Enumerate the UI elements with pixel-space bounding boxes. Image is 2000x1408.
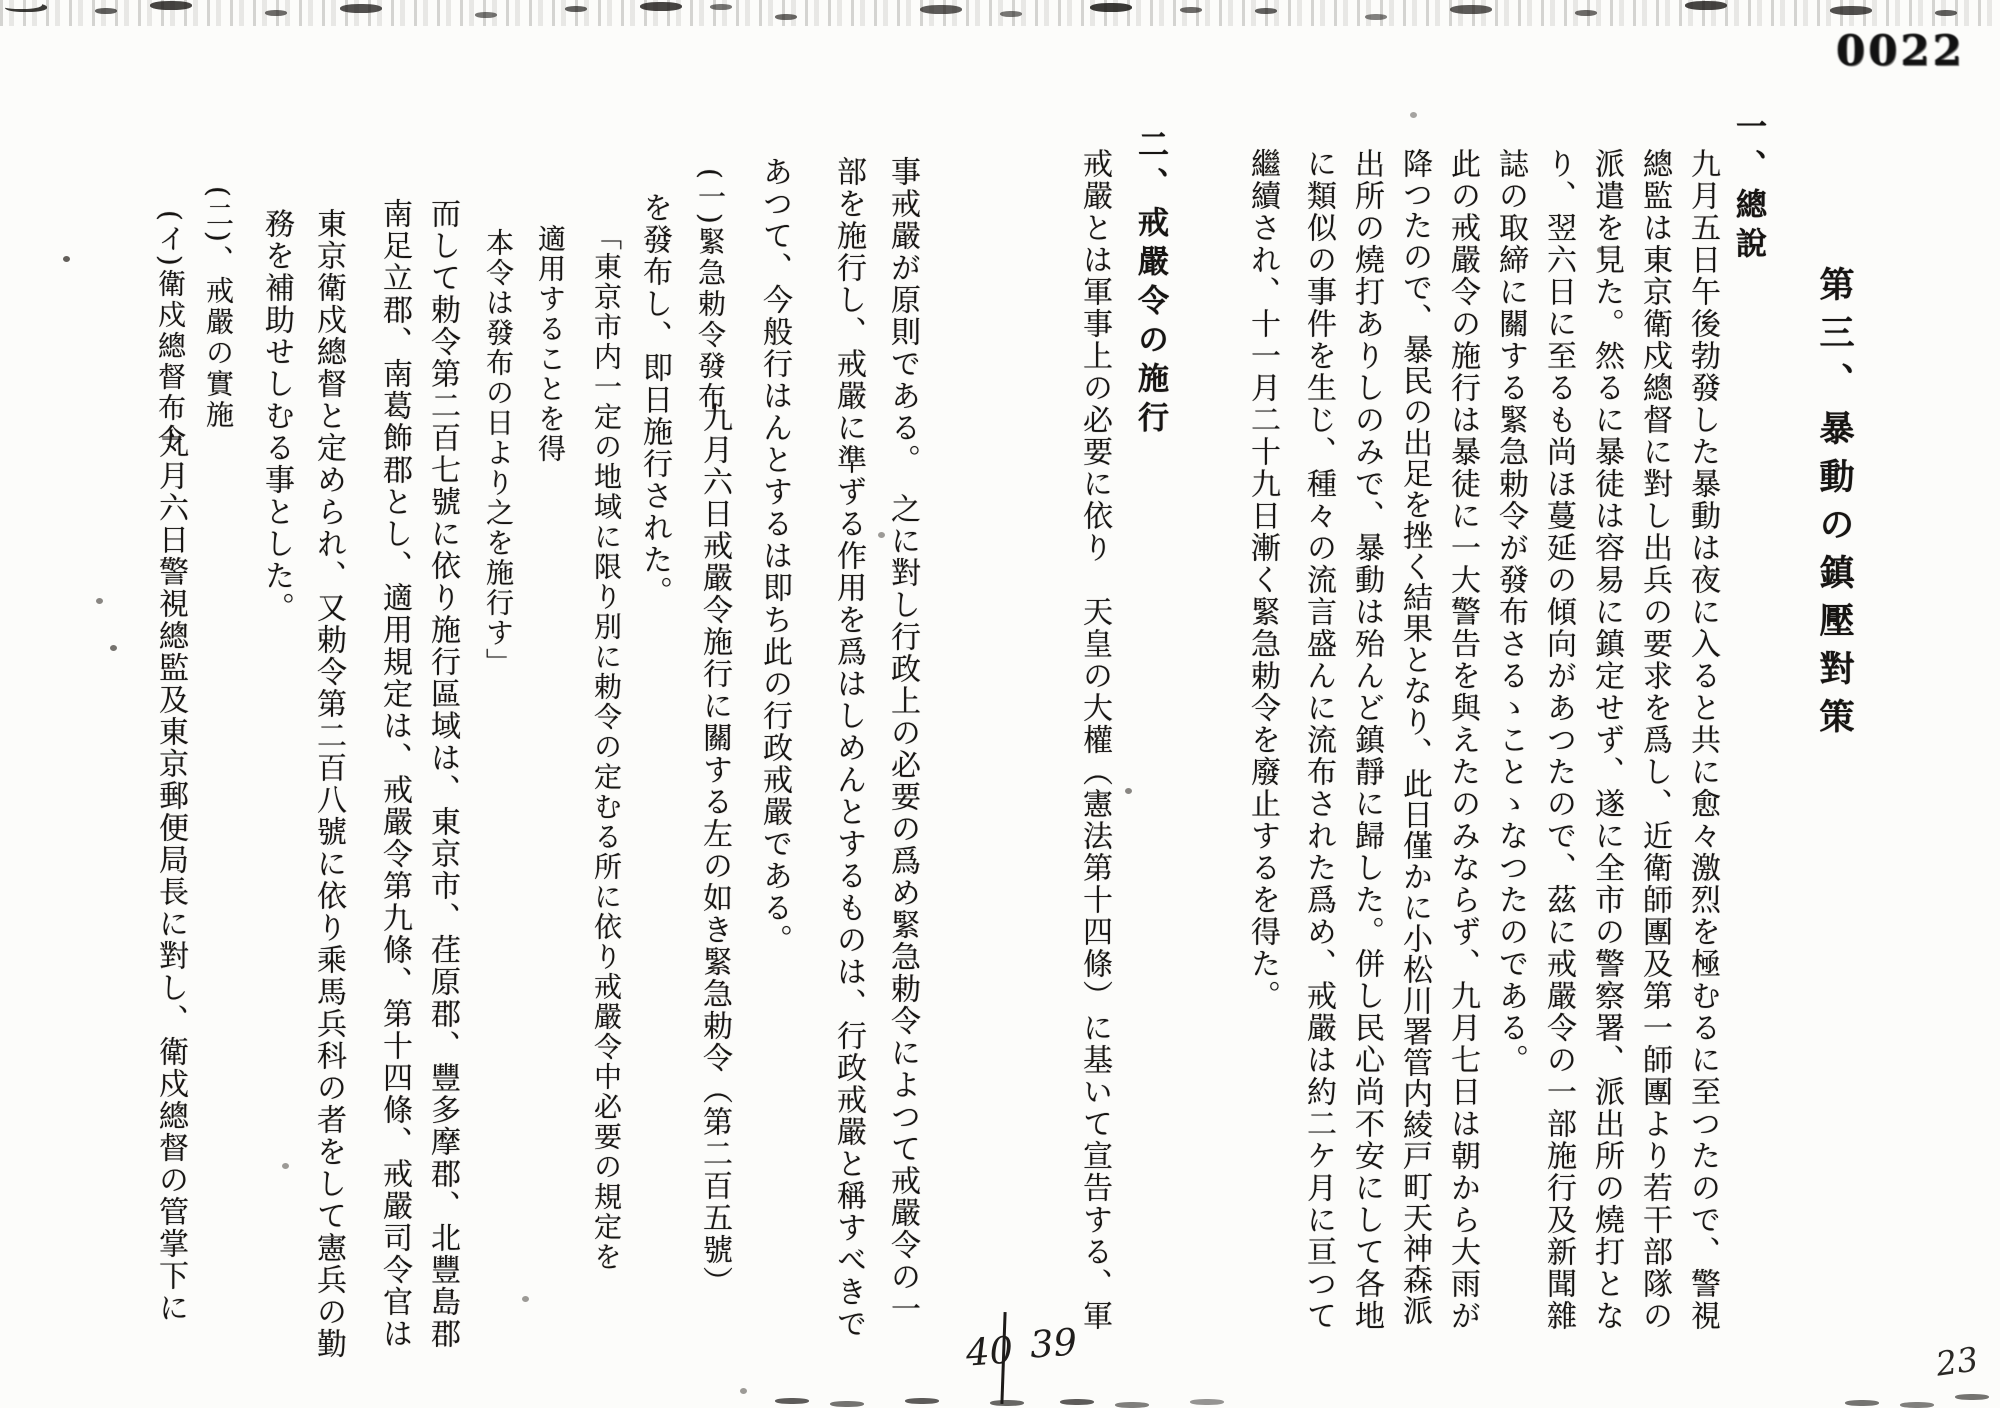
sub-heading-implementation: (二)、戒嚴の實施 — [196, 186, 240, 431]
chapter-title: 第三、暴動の鎮壓對策 — [1812, 266, 1856, 746]
text-column: 此の戒嚴令の施行は暴徒に一大警告を與えたのみならず、九月七日は朝から大雨が — [1440, 148, 1484, 1332]
text-column: 出所の燒打ありしのみで、暴動は殆んど鎮靜に歸した。併し民心尚不安にして各地 — [1344, 148, 1388, 1332]
scan-noise-band — [0, 0, 2000, 26]
sub-heading-ordinance: (一)緊急勅令發布 — [688, 168, 732, 413]
sheet-number-left: 40 — [965, 1328, 1015, 1374]
text-column: 東京衛戍總督と定められ、又勅令第二百八號に依り乘馬兵科の者をして憲兵の勤 — [306, 208, 350, 1360]
text-column: 而して勅令第二百七號に依り施行區域は、東京市、荏原郡、豐多摩郡、北豐島郡 — [420, 198, 464, 1350]
text-column: 部を施行し、戒嚴に準ずる作用を爲はしめんとするものは、行政戒嚴と稱すべきで — [826, 156, 870, 1340]
text-column: 總監は東京衛戍總督に對し出兵の要求を爲し、近衛師團及第一師團より若干部隊の — [1632, 148, 1676, 1332]
text-column: 戒嚴とは軍事上の必要に依り 天皇の大權（憲法第十四條）に基いて宣告する、軍 — [1072, 148, 1116, 1332]
text-column: 九月五日午後勃發した暴動は夜に入ると共に愈々激烈を極むるに至つたので、警視 — [1680, 148, 1724, 1332]
text-column: 繼續され、十一月二十九日漸く緊急勅令を廢止するを得た。 — [1240, 148, 1284, 1012]
folio-stamp-number: 0022 — [1836, 26, 1965, 75]
text-column: 事戒嚴が原則である。 之に對し行政上の必要の爲め緊急勅令によつて戒嚴令の一 — [880, 156, 924, 1325]
text-column: 九月六日警視總監及東京郵便局長に對し、衛戍總督の管掌下に — [148, 428, 192, 1324]
sub-heading-garrison-order: (イ)衛戍總督布令 — [148, 210, 192, 455]
ordinance-quote-column: 本令は發布の日より之を施行す」 — [476, 228, 520, 678]
text-column: 九月六日戒嚴令施行に關する左の如き緊急勅令（第二百五號） — [692, 402, 736, 1298]
sheet-number-right: 39 — [1029, 1320, 1079, 1366]
text-column: 降つたので、暴民の出足を挫く結果となり、此日僅かに小松川署管内綾戸町天神森派 — [1392, 148, 1436, 1326]
text-column: 誌の取締に關する緊急勅令が發布さるゝことゝなつたのである。 — [1488, 148, 1532, 1076]
text-column: あつて、今般行はんとするは即ち此の行政戒嚴である。 — [752, 156, 796, 956]
text-column: を發布し、即日施行された。 — [632, 192, 676, 608]
scan-noise-bottom — [0, 0, 34, 6]
text-column: り、翌六日に至るも尚ほ蔓延の傾向があつたので、茲に戒嚴令の一部施行及新聞雜 — [1536, 148, 1580, 1332]
corner-page-number: 23 — [1933, 1339, 1980, 1383]
ordinance-quote-column: 「東京市内一定の地域に限り別に勅令の定むる所に依り戒嚴令中必要の規定を — [584, 222, 628, 1272]
section-heading-2: 二、戒嚴令の施行 — [1128, 128, 1172, 440]
ordinance-quote-column: 適用することを得 — [528, 224, 572, 464]
text-column: に類似の事件を生じ、種々の流言盛んに流布された爲め、戒嚴は約二ケ月に亘つて — [1296, 148, 1340, 1332]
text-column: 務を補助せしむる事とした。 — [254, 208, 298, 624]
section-heading-1: 一、總說 — [1726, 110, 1770, 266]
scanned-document-page: 0022 第三、暴動の鎮壓對策 一、總說 九月五日午後勃發した暴動は夜に入ると共… — [0, 0, 2000, 1408]
text-column: 派遣を見た。然るに暴徒は容易に鎮定せず、遂に全市の警察署、派出所の燒打とな — [1584, 148, 1628, 1332]
text-column: 南足立郡、南葛飾郡とし、適用規定は、戒嚴令第九條、第十四條、戒嚴司令官は — [372, 198, 416, 1350]
